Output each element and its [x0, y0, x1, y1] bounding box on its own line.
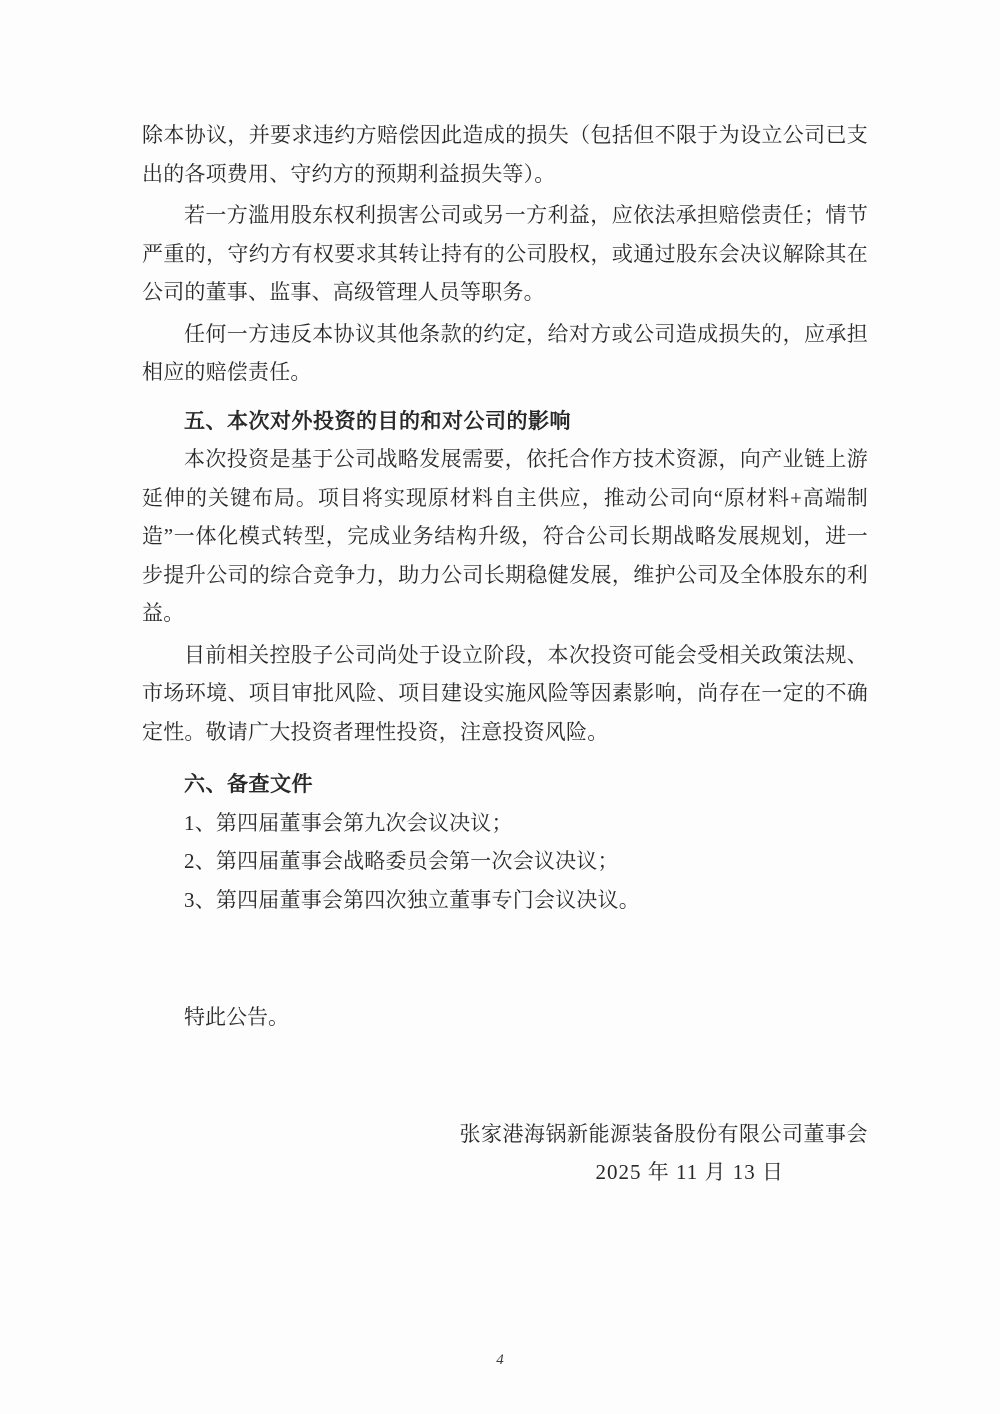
document-page: 除本协议，并要求违约方赔偿因此造成的损失（包括但不限于为设立公司已支出的各项费用… — [0, 0, 1000, 1414]
section-heading-reference-documents: 六、备查文件 — [142, 765, 868, 804]
paragraph-breach-liability: 任何一方违反本协议其他条款的约定，给对方或公司造成损失的，应承担相应的赔偿责任。 — [142, 315, 868, 392]
closing-statement: 特此公告。 — [142, 998, 868, 1037]
signature-block: 张家港海锅新能源装备股份有限公司董事会 2025 年 11 月 13 日 — [142, 1115, 868, 1192]
paragraph-shareholder-liability: 若一方滥用股东权利损害公司或另一方利益，应依法承担赔偿责任；情节严重的，守约方有… — [142, 196, 868, 312]
signature-company-board: 张家港海锅新能源装备股份有限公司董事会 — [460, 1115, 869, 1154]
paragraph-investment-risk: 目前相关控股子公司尚处于设立阶段，本次投资可能会受相关政策法规、市场环境、项目审… — [142, 636, 868, 752]
paragraph-investment-strategy: 本次投资是基于公司战略发展需要，依托合作方技术资源，向产业链上游延伸的关键布局。… — [142, 440, 868, 633]
page-number: 4 — [0, 1341, 1000, 1380]
signature-date: 2025 年 11 月 13 日 — [486, 1153, 895, 1192]
reference-document-item-3: 3、第四届董事会第四次独立董事专门会议决议。 — [142, 881, 868, 920]
reference-document-item-1: 1、第四届董事会第九次会议决议； — [142, 804, 868, 843]
reference-document-item-2: 2、第四届董事会战略委员会第一次会议决议； — [142, 842, 868, 881]
section-heading-investment-purpose: 五、本次对外投资的目的和对公司的影响 — [142, 402, 868, 441]
paragraph-continuation: 除本协议，并要求违约方赔偿因此造成的损失（包括但不限于为设立公司已支出的各项费用… — [142, 116, 868, 193]
signature-inner: 张家港海锅新能源装备股份有限公司董事会 2025 年 11 月 13 日 — [460, 1115, 869, 1192]
